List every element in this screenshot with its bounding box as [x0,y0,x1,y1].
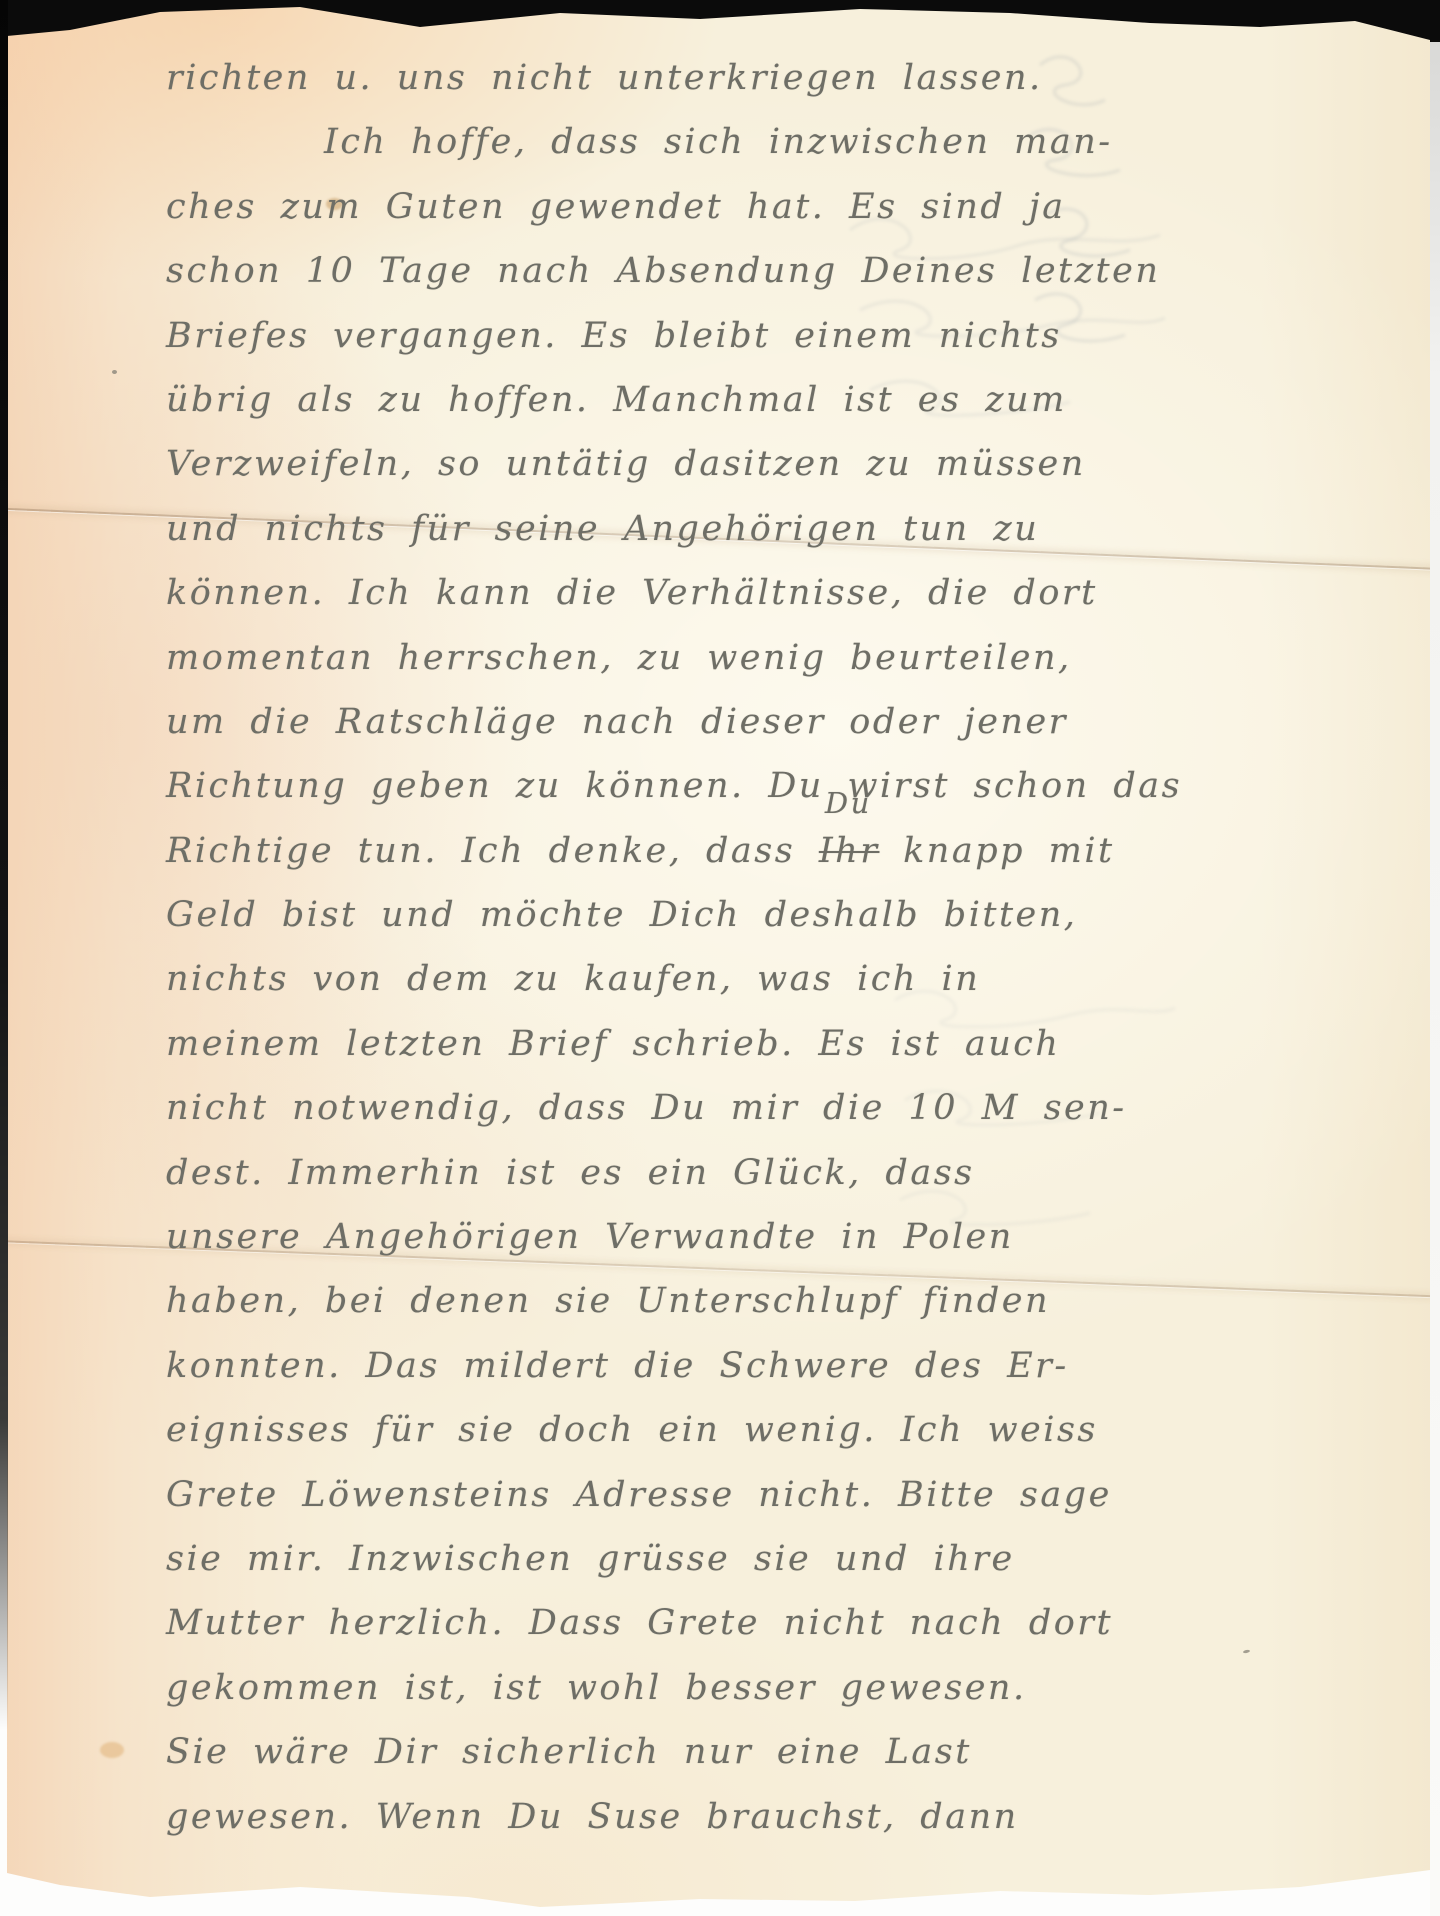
letter-line: und nichts für seine Angehörigen tun zu [0,497,1440,561]
inserted-word-above: Du [825,789,872,818]
letter-line: sie mir. Inzwischen grüsse sie und ihre [0,1527,1440,1591]
crossed-out-word: Ihr [819,831,880,871]
letter-line: ches zum Guten gewendet hat. Es sind ja [0,175,1440,239]
letter-line: unsere Angehörigen Verwandte in Polen [0,1205,1440,1269]
letter-paper: richten u. uns nicht unterkriegen lassen… [0,0,1440,1916]
letter-line: konnten. Das mildert die Schwere des Er- [0,1334,1440,1398]
letter-line: Ich hoffe, dass sich inzwischen man- [0,110,1440,174]
letter-line: nicht notwendig, dass Du mir die 10 M se… [0,1076,1440,1140]
letter-line: Sie wäre Dir sicherlich nur eine Last [0,1720,1440,1784]
letter-body: richten u. uns nicht unterkriegen lassen… [0,46,1440,1849]
letter-line: gekommen ist, ist wohl besser gewesen. [0,1656,1440,1720]
letter-line: Mutter herzlich. Dass Grete nicht nach d… [0,1591,1440,1655]
letter-line-text: Richtige tun. Ich denke, dass [166,831,819,871]
letter-line: können. Ich kann die Verhältnisse, die d… [0,561,1440,625]
letter-line: Richtung geben zu können. Du wirst schon… [0,754,1440,818]
letter-line: schon 10 Tage nach Absendung Deines letz… [0,239,1440,303]
letter-line: nichts von dem zu kaufen, was ich in [0,947,1440,1011]
letter-line: Geld bist und möchte Dich deshalb bitten… [0,883,1440,947]
scanner-black-left-edge [0,0,8,1730]
letter-line: meinem letzten Brief schrieb. Es ist auc… [0,1012,1440,1076]
scanner-right-edge-strip [1430,42,1440,1916]
letter-line: Richtige tun. Ich denke, dass IhrDu knap… [0,819,1440,883]
letter-line-text: knapp mit [879,831,1114,871]
letter-line: richten u. uns nicht unterkriegen lassen… [0,46,1440,110]
letter-line: haben, bei denen sie Unterschlupf finden [0,1269,1440,1333]
letter-line: übrig als zu hoffen. Manchmal ist es zum [0,368,1440,432]
letter-line: Briefes vergangen. Es bleibt einem nicht… [0,304,1440,368]
letter-line: eignisses für sie doch ein wenig. Ich we… [0,1398,1440,1462]
letter-line: um die Ratschläge nach dieser oder jener [0,690,1440,754]
letter-line: momentan herrschen, zu wenig beurteilen, [0,626,1440,690]
letter-line: Grete Löwensteins Adresse nicht. Bitte s… [0,1463,1440,1527]
scanned-letter-page: richten u. uns nicht unterkriegen lassen… [0,0,1440,1916]
letter-line: dest. Immerhin ist es ein Glück, dass [0,1141,1440,1205]
letter-line: Verzweifeln, so untätig dasitzen zu müss… [0,432,1440,496]
correction-group: IhrDu [819,819,880,883]
letter-line: gewesen. Wenn Du Suse brauchst, dann [0,1785,1440,1849]
